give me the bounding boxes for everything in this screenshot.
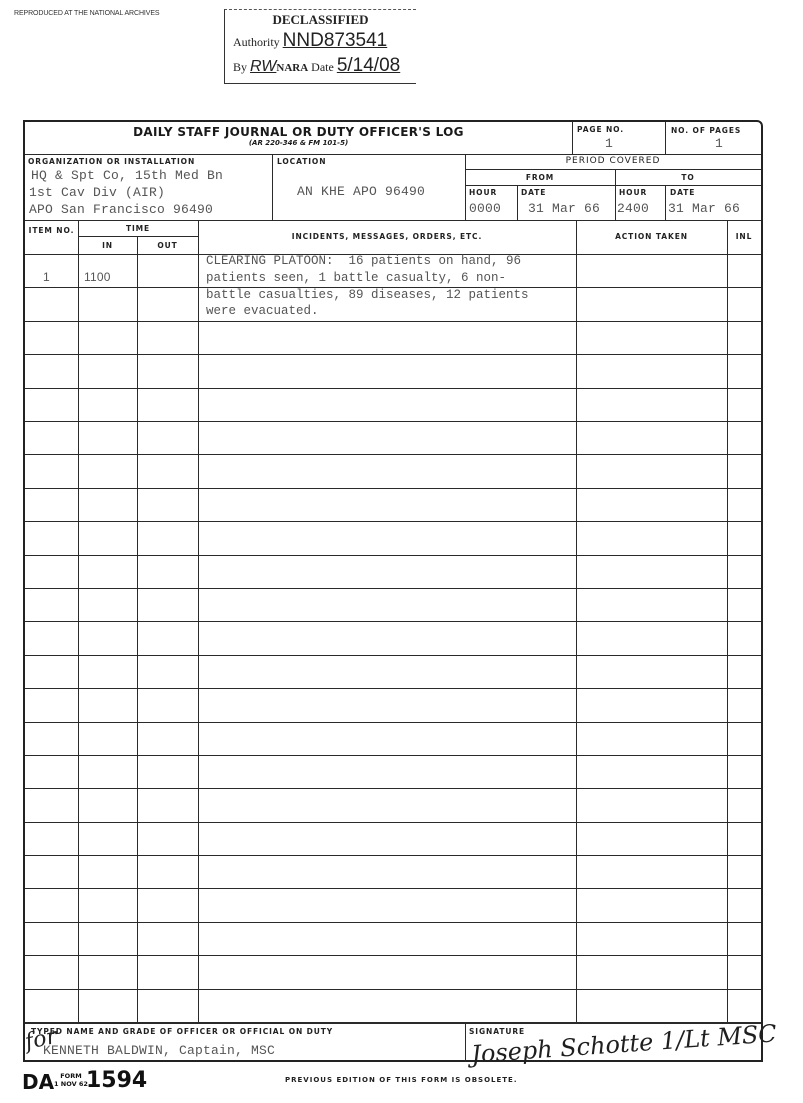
table-row-divider (25, 888, 761, 889)
location-label: LOCATION (277, 157, 326, 166)
form-word: FORM (54, 1072, 88, 1080)
time-in-header: IN (78, 241, 137, 250)
table-row-divider (25, 655, 761, 656)
item-no-header: ITEM NO. (25, 226, 78, 236)
table-row-divider (25, 688, 761, 689)
table-row-divider (25, 955, 761, 956)
table-row-divider (25, 922, 761, 923)
inl-header: INL (727, 232, 761, 241)
no-of-pages-label: NO. OF PAGES (671, 126, 741, 135)
incidents-header: INCIDENTS, MESSAGES, ORDERS, ETC. (198, 232, 576, 241)
from-label: FROM (465, 173, 615, 182)
from-hour-value[interactable]: 0000 (469, 201, 501, 216)
table-row-divider (25, 521, 761, 522)
page-no-value[interactable]: 1 (605, 136, 613, 151)
table-row-divider (25, 755, 761, 756)
by-label: By (233, 60, 247, 74)
table-row-divider (25, 354, 761, 355)
table-row-divider (25, 989, 761, 990)
stamp-title: DECLASSIFIED (225, 12, 416, 28)
table-row-divider (25, 822, 761, 823)
form-date: 1 NOV 62 (54, 1080, 88, 1088)
from-date-value[interactable]: 31 Mar 66 (528, 201, 600, 216)
form-prefix: DA (22, 1070, 54, 1094)
time-header: TIME (78, 224, 198, 233)
from-hour-label: HOUR (469, 188, 497, 197)
officer-label: TYPED NAME AND GRADE OF OFFICER OR OFFIC… (31, 1027, 333, 1036)
previous-edition-notice: PREVIOUS EDITION OF THIS FORM IS OBSOLET… (285, 1076, 518, 1084)
date-label: Date (311, 60, 334, 74)
entry-time-in[interactable]: 1100 (84, 270, 111, 284)
table-row-divider (25, 321, 761, 322)
form-title: DAILY STAFF JOURNAL OR DUTY OFFICER'S LO… (25, 125, 572, 139)
stamp-by-line: By RWNARA Date 5/14/08 (233, 55, 400, 77)
organization-line-2[interactable]: 1st Cav Div (AIR) (29, 185, 165, 200)
table-row-divider (25, 722, 761, 723)
to-hour-label: HOUR (619, 188, 647, 197)
table-row-divider (25, 421, 761, 422)
page-no-label: PAGE NO. (577, 125, 624, 134)
to-hour-value[interactable]: 2400 (617, 201, 649, 216)
to-label: TO (615, 173, 761, 182)
organization-line-3[interactable]: APO San Francisco 96490 (29, 202, 213, 217)
table-row-divider (25, 488, 761, 489)
table-row-divider (25, 788, 761, 789)
signature-label: SIGNATURE (469, 1027, 525, 1036)
declassified-stamp: DECLASSIFIED Authority NND873541 By RWNA… (224, 9, 416, 84)
entry-incident-text[interactable]: CLEARING PLATOON: 16 patients on hand, 9… (206, 253, 581, 320)
time-out-header: OUT (137, 241, 198, 250)
entry-item-no[interactable]: 1 (43, 270, 50, 284)
no-of-pages-value[interactable]: 1 (715, 136, 723, 151)
form-number: 1594 (86, 1068, 147, 1093)
organization-label: ORGANIZATION OR INSTALLATION (28, 157, 195, 166)
table-row-divider (25, 855, 761, 856)
form-word-date: FORM 1 NOV 62 (54, 1072, 88, 1088)
stamp-authority-line: Authority NND873541 (233, 30, 387, 52)
period-covered-label: PERIOD COVERED (465, 156, 761, 166)
nara-label: NARA (276, 62, 308, 74)
authority-label: Authority (233, 35, 280, 49)
table-row-divider (25, 588, 761, 589)
location-value[interactable]: AN KHE APO 96490 (297, 184, 425, 199)
to-date-value[interactable]: 31 Mar 66 (668, 201, 740, 216)
stamp-date-value: 5/14/08 (337, 55, 400, 76)
table-row-divider (25, 621, 761, 622)
organization-line-1[interactable]: HQ & Spt Co, 15th Med Bn (31, 168, 223, 183)
by-initials: RW (250, 58, 276, 75)
form-subtitle: (AR 220-346 & FM 101-5) (25, 139, 572, 147)
table-row-divider (25, 555, 761, 556)
officer-value[interactable]: KENNETH BALDWIN, Captain, MSC (43, 1043, 275, 1058)
to-date-label: DATE (670, 188, 695, 197)
table-row-divider (25, 454, 761, 455)
authority-value: NND873541 (283, 30, 388, 51)
archives-notice: REPRODUCED AT THE NATIONAL ARCHIVES (14, 10, 159, 17)
action-taken-header: ACTION TAKEN (576, 232, 727, 241)
duty-officer-log-form: DAILY STAFF JOURNAL OR DUTY OFFICER'S LO… (23, 120, 763, 1062)
from-date-label: DATE (521, 188, 546, 197)
table-row-divider (25, 388, 761, 389)
